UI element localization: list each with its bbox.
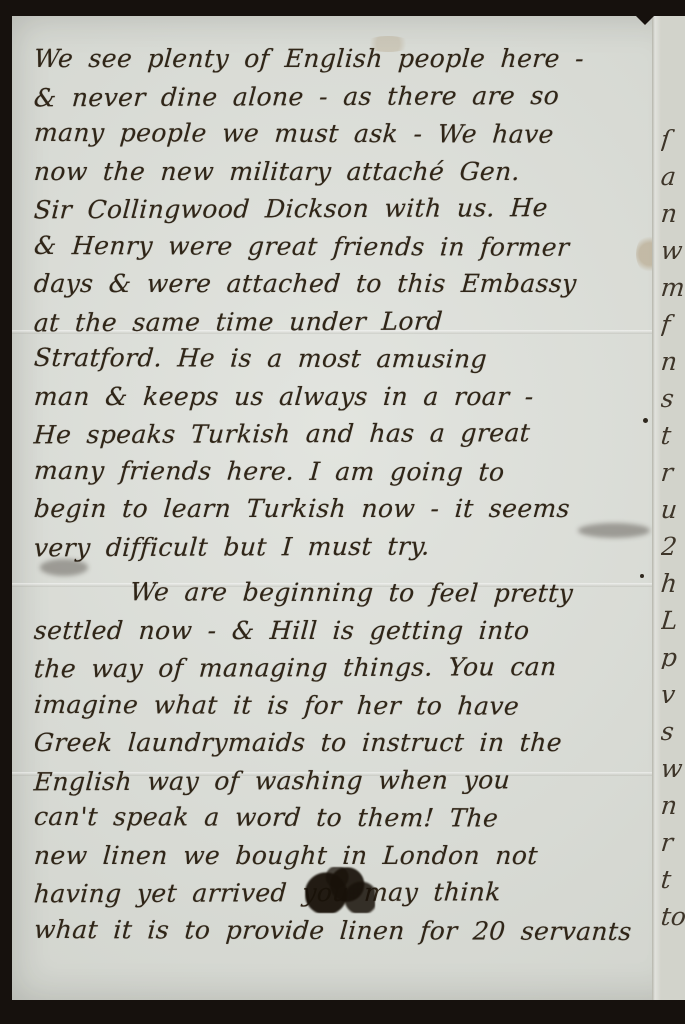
- pen-stroke-fragment: L: [661, 609, 685, 632]
- ink-smudge-very: [40, 559, 88, 576]
- paper-stain-top: [364, 36, 412, 52]
- ink-spot: [643, 418, 648, 423]
- letter-text: We see plenty of English people here -& …: [34, 40, 646, 949]
- pen-stroke-fragment: v: [661, 683, 685, 706]
- pen-stroke-fragment: n: [661, 350, 685, 373]
- pen-stroke-fragment: m: [661, 276, 685, 299]
- letter-line: what it is to provide linen for 20 serva…: [33, 910, 648, 950]
- letter-line: at the same time under Lord: [33, 301, 648, 341]
- letter-line: begin to learn Turkish now - it seems: [33, 490, 648, 528]
- ink-smudge-seems: [578, 523, 650, 538]
- letter-line: the way of managing things. You can: [33, 648, 648, 688]
- pen-stroke-fragment: u: [661, 498, 685, 521]
- pen-stroke-fragment: t: [661, 424, 685, 447]
- pen-stroke-fragment: s: [661, 387, 685, 410]
- pen-stroke-fragment: ſ: [661, 128, 685, 151]
- pen-stroke-fragment: w: [661, 239, 685, 262]
- letter-line: & Henry were great friends in former: [33, 226, 648, 266]
- pen-stroke-fragment: n: [661, 794, 685, 817]
- letter-line: English way of washing when you: [33, 760, 648, 800]
- letter-line: Greek laundrymaids to instruct in the: [33, 724, 648, 762]
- pen-stroke-fragment: w: [661, 757, 685, 780]
- letter-line: He speaks Turkish and has a great: [33, 414, 648, 454]
- pen-stroke-fragment: to: [661, 905, 685, 928]
- pen-stroke-fragment: r: [661, 461, 685, 484]
- ink-blot: [305, 867, 375, 913]
- letter-page: We see plenty of English people here -& …: [12, 16, 685, 1000]
- letter-line: now the new military attaché Gen.: [33, 153, 648, 191]
- pen-stroke-fragment: f: [661, 313, 685, 336]
- photograph-background: We see plenty of English people here -& …: [0, 0, 685, 1024]
- adjacent-page-fragments: ſanwmfnstru2hLpvswnrtto: [661, 128, 685, 928]
- pen-stroke-fragment: r: [661, 831, 685, 854]
- letter-line: very difficult but I must try.: [33, 526, 648, 566]
- pen-stroke-fragment: 2: [661, 535, 685, 558]
- pen-stroke-fragment: s: [661, 720, 685, 743]
- letter-line: & never dine alone - as there are so: [33, 76, 648, 116]
- letter-line: imagine what it is for her to have: [33, 685, 648, 725]
- letter-line: settled now - & Hill is getting into: [33, 612, 648, 650]
- letter-line: many friends here. I am going to: [33, 451, 648, 491]
- pen-stroke-fragment: p: [661, 646, 685, 669]
- letter-line: We see plenty of English people here -: [33, 40, 648, 78]
- letter-line: We are beginning to feel pretty: [33, 573, 648, 613]
- letter-line: days & were attached to this Embassy: [33, 265, 648, 303]
- pen-stroke-fragment: h: [661, 572, 685, 595]
- pen-stroke-fragment: a: [661, 165, 685, 188]
- adjacent-page-edge: ſanwmfnstru2hLpvswnrtto: [652, 16, 685, 1000]
- letter-line: Stratford. He is a most amusing: [33, 339, 648, 379]
- letter-line: can't speak a word to them! The: [33, 798, 648, 838]
- letter-line: Sir Collingwood Dickson with us. He: [33, 189, 648, 229]
- letter-line: many people we must ask - We have: [33, 114, 648, 154]
- letter-line: man & keeps us always in a roar -: [33, 378, 648, 416]
- pen-stroke-fragment: t: [661, 868, 685, 891]
- ink-spot: [640, 574, 644, 578]
- pen-stroke-fragment: n: [661, 202, 685, 225]
- frame-notch: [636, 16, 654, 25]
